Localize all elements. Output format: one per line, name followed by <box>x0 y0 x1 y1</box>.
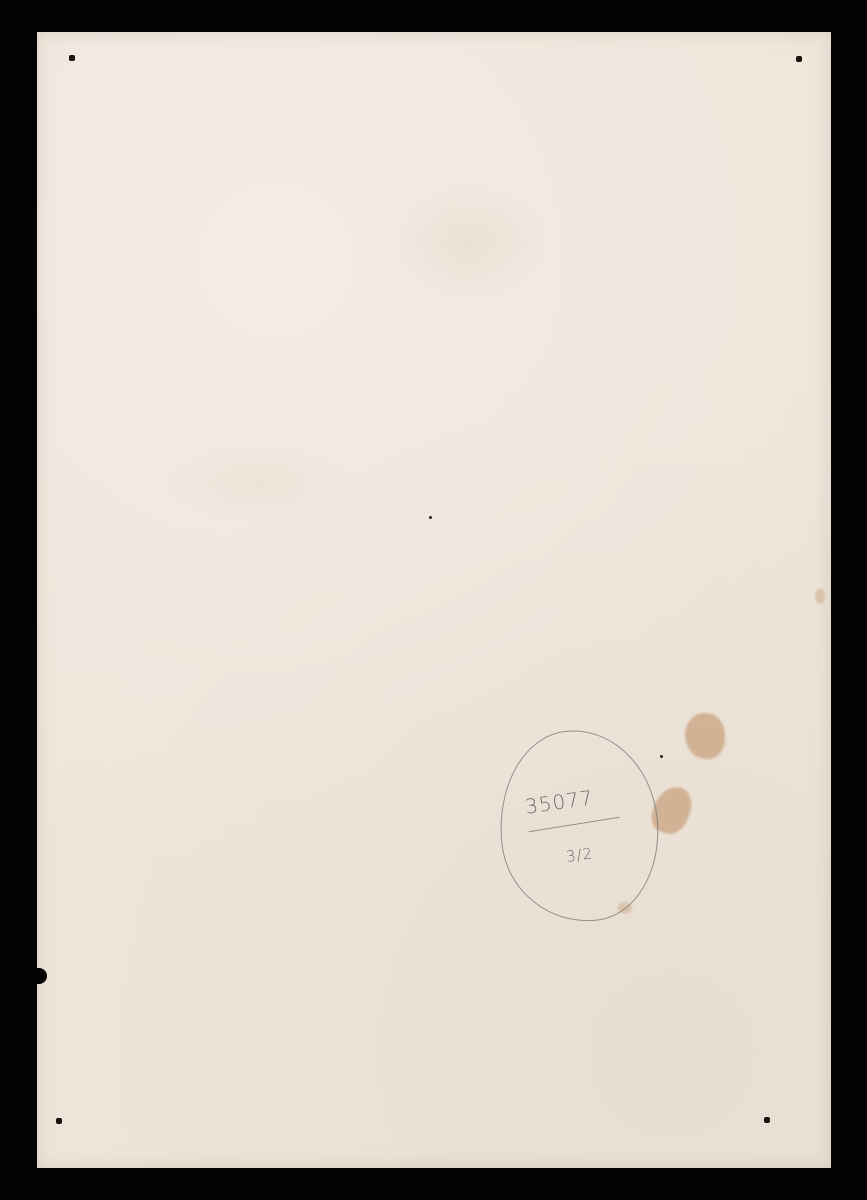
inventory-fraction: 3/2 <box>565 844 594 866</box>
stain-edge <box>815 588 825 604</box>
pin-hole-bottom-left <box>56 1118 62 1124</box>
paper-card <box>37 32 831 1168</box>
speck <box>660 755 663 758</box>
pin-hole-top-left <box>69 55 75 61</box>
stain-large <box>685 713 725 759</box>
pin-hole-top-right <box>796 56 802 62</box>
pin-hole-bottom-right <box>764 1117 770 1123</box>
speck <box>429 516 432 519</box>
